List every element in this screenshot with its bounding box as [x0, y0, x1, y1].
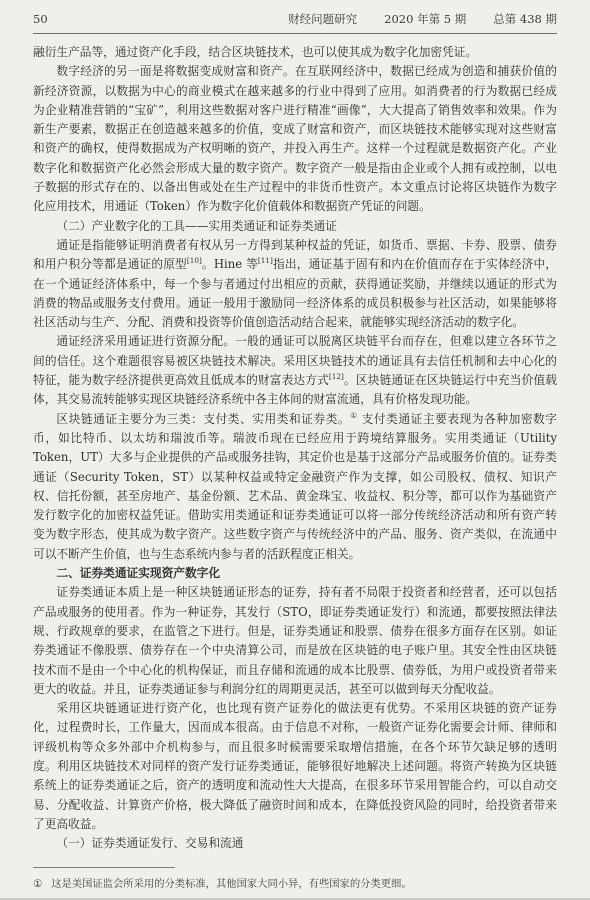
footnote-area: ① 这是美国证监会所采用的分类标准，其他国家大同小异，有些国家的分类更细。 [33, 867, 557, 891]
paragraph: 通证是指能够证明消费者有权从另一方得到某种权益的凭证，如货币、票据、卡券、股票、… [33, 236, 557, 332]
journal-info: 财经问题研究 2020 年第 5 期 总第 438 期 [288, 11, 557, 27]
citation-superscript: [11] [258, 256, 273, 265]
paragraph-continuation: 融衍生产品等，通过资产化手段，结合区块链技术，也可以使其成为数字化加密凭证。 [33, 43, 557, 62]
page-body: 融衍生产品等，通过资产化手段，结合区块链技术，也可以使其成为数字化加密凭证。数字… [33, 43, 557, 853]
journal-volume: 总第 438 期 [493, 11, 557, 27]
paragraph: 区块链通证主要分为三类：支付类、实用类和证券类。① 支付类通证主要表现为各种加密… [33, 410, 557, 564]
paragraph: 采用区块链通证进行资产化，也比现有资产证券化的做法更有优势。不采用区块链的资产证… [33, 699, 557, 834]
paragraph: 数字经济的另一面是将数据变成财富和资产。在互联网经济中，数据已经成为创造和捕获价… [33, 62, 557, 216]
footnote-text: 这是美国证监会所采用的分类标准，其他国家大同小异，有些国家的分类更细。 [51, 877, 411, 891]
paragraph: 通证经济采用通证进行资源分配。一般的通证可以脱离区块链平台而存在，但难以建立各环… [33, 332, 557, 409]
header-divider [33, 33, 557, 34]
journal-title: 财经问题研究 [288, 11, 357, 27]
footnote-divider [33, 867, 175, 868]
section-heading: 二、证券类通证实现资产数字化 [33, 564, 557, 583]
citation-superscript: ① [350, 411, 357, 420]
footnote-marker: ① [33, 877, 42, 891]
subsection-heading: （二）产业数字化的工具——实用类通证和证券类通证 [33, 217, 557, 236]
citation-superscript: [10] [187, 256, 202, 265]
citation-superscript: [12] [329, 372, 344, 381]
running-header: 50 财经问题研究 2020 年第 5 期 总第 438 期 [33, 0, 557, 27]
footnote: ① 这是美国证监会所采用的分类标准，其他国家大同小异，有些国家的分类更细。 [33, 877, 557, 891]
paragraph: 证券类通证本质上是一种区块链通证形态的证券，持有者不局限于投资者和经营者，还可以… [33, 583, 557, 699]
page-number: 50 [33, 12, 48, 26]
subsection-heading: （一）证券类通证发行、交易和流通 [33, 834, 557, 853]
scanned-paper-page: 50 财经问题研究 2020 年第 5 期 总第 438 期 融衍生产品等，通过… [0, 0, 590, 900]
journal-issue: 2020 年第 5 期 [384, 11, 466, 27]
